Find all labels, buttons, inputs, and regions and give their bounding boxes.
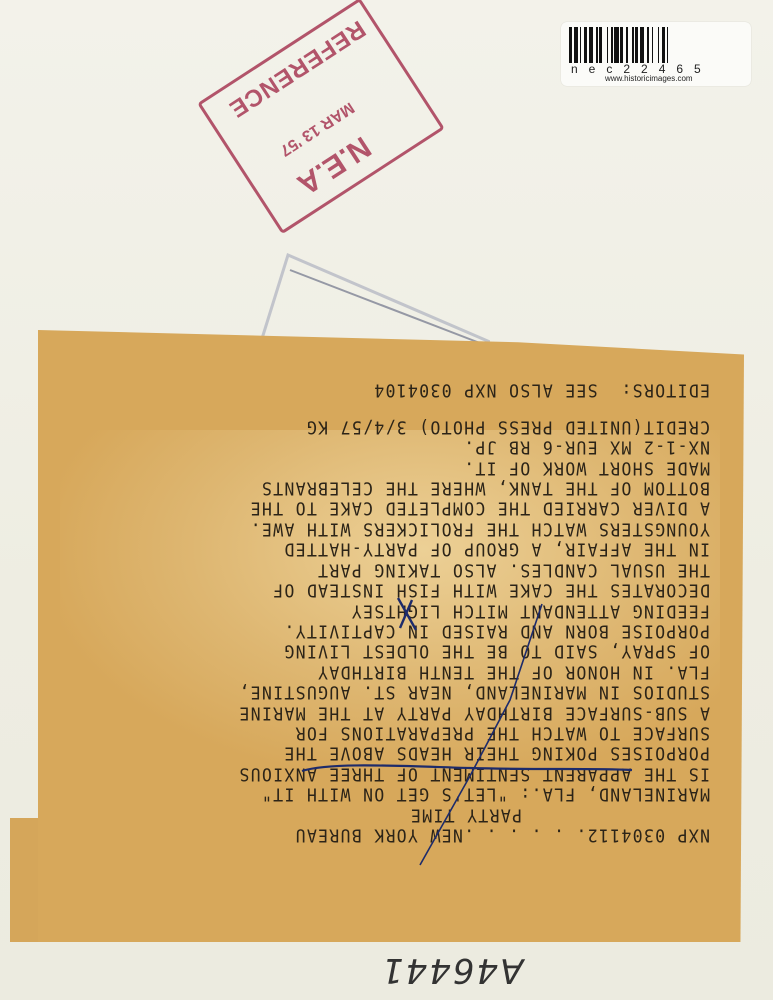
caption-body-line: SURFACE TO WATCH THE PREPARATIONS FOR (70, 722, 710, 744)
caption-flap (10, 818, 40, 942)
caption-credit: CREDIT(UNITED PRESS PHOTO) 3/4/57 KG (70, 415, 710, 437)
caption-body-line: MADE SHORT WORK OF IT. (70, 456, 710, 478)
caption-body-line: THE USUAL CANDLES. ALSO TAKING PART (70, 558, 710, 580)
caption-text: NXP 0304112. . . . . .NEW YORK BUREAU PA… (70, 385, 710, 845)
caption-body-line: BOTTOM OF THE TANK, WHERE THE CELEBRANTS (70, 477, 710, 499)
caption-body-line: OF SPRAY, SAID TO BE THE OLDEST LIVING (70, 640, 710, 662)
caption-body: MARINELAND, FLA.: "LET'S GET ON WITH IT"… (70, 457, 710, 804)
caption-body-line: PORPOISES POKING THEIR HEADS ABOVE THE (70, 742, 710, 764)
caption-routing: NX-1-2 MX EUR-6 RB JP. (70, 436, 710, 458)
caption-body-line: FEEDING ATTENDANT MITCH LIGHTSEY (70, 599, 710, 621)
barcode-site: www.historicimages.com (605, 74, 693, 83)
caption-body-line: STUDIOS IN MARINELAND, NEAR ST. AUGUSTIN… (70, 681, 710, 703)
caption-header: NXP 0304112. . . . . .NEW YORK BUREAU (70, 824, 710, 846)
caption-editors: EDITORS: SEE ALSO NXP 0304104 (70, 379, 710, 401)
barcode-icon (569, 27, 743, 63)
caption-body-line: PORPOISE BORN AND RAISED IN CAPTIVITY. (70, 620, 710, 642)
caption-body-line: FLA. IN HONOR OF THE TENTH BIRTHDAY (70, 660, 710, 682)
caption-body-line: IS THE APPARENT SENTIMENT OF THREE ANXIO… (70, 762, 710, 784)
caption-body-line: MARINELAND, FLA.: "LET'S GET ON WITH IT" (70, 783, 710, 805)
caption-body-line: IN THE AFFAIR, A GROUP OF PARTY-HATTED (70, 538, 710, 560)
barcode-label: nec22465 www.historicimages.com (561, 22, 751, 86)
catalog-number: A46441 (380, 950, 523, 990)
caption-body-line: DECORATES THE CAKE WITH FISH INSTEAD OF (70, 579, 710, 601)
caption-body-line: YOUNGSTERS WATCH THE FROLICKERS WITH AWE… (70, 517, 710, 539)
caption-body-line: A DIVER CARRIED THE COMPLETED CAKE TO TH… (70, 497, 710, 519)
caption-body-line: A SUB-SURFACE BIRTHDAY PARTY AT THE MARI… (70, 701, 710, 723)
pencil-mark (250, 250, 490, 350)
caption-title: PARTY TIME (70, 803, 522, 825)
